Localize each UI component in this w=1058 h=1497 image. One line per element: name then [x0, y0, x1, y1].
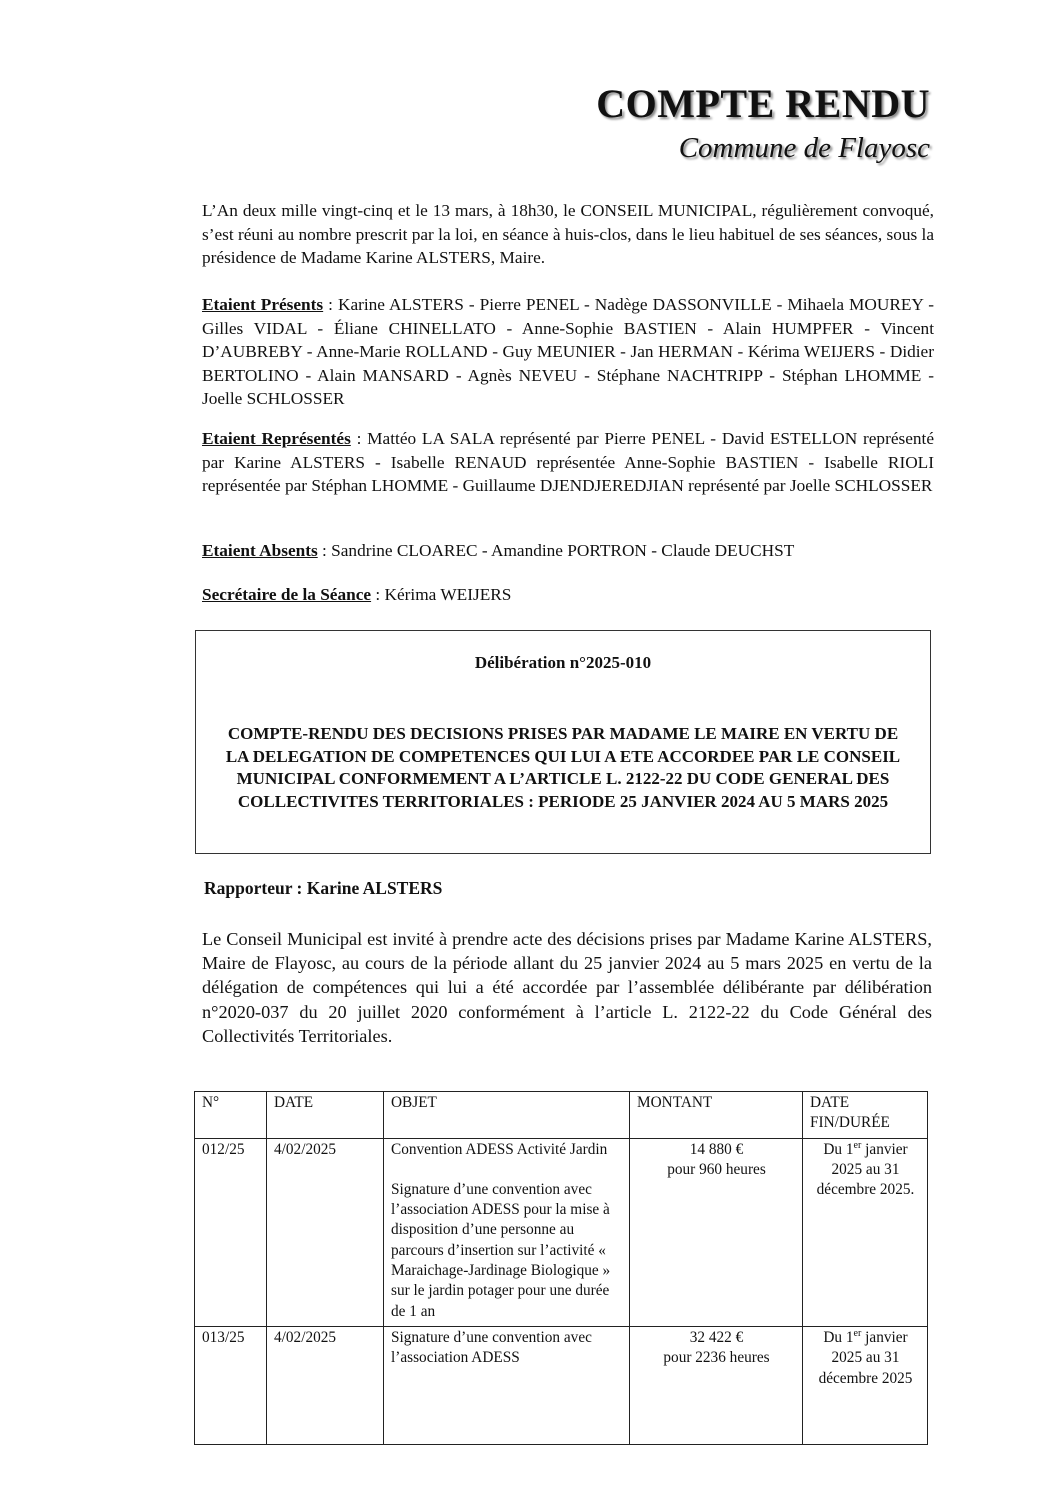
montant-detail: pour 2236 heures — [663, 1349, 769, 1366]
cell-num: 013/25 — [195, 1326, 267, 1444]
header-date-fin: DATE FIN/DURÉE — [803, 1092, 928, 1139]
secretaire-paragraph: Secrétaire de la Séance : Kérima WEIJERS — [202, 583, 934, 607]
deliberation-number: Délibération n°2025-010 — [196, 653, 930, 673]
objet-title: Convention ADESS Activité Jardin — [391, 1141, 607, 1158]
montant-detail: pour 960 heures — [667, 1161, 766, 1178]
rapporteur: Rapporteur : Karine ALSTERS — [204, 878, 442, 899]
header-montant: MONTANT — [630, 1092, 803, 1139]
cell-montant: 14 880 € pour 960 heures — [630, 1138, 803, 1326]
absents-label: Etaient Absents — [202, 541, 318, 560]
intro-paragraph: Le Conseil Municipal est invité à prendr… — [202, 927, 932, 1048]
document-header: COMPTE RENDU Commune de Flayosc — [596, 80, 930, 168]
secretaire-name: : Kérima WEIJERS — [371, 585, 511, 604]
montant-value: 14 880 € — [690, 1141, 744, 1158]
header-objet: OBJET — [384, 1092, 630, 1139]
document-title: COMPTE RENDU — [596, 80, 930, 128]
representes-label: Etaient Représentés — [202, 429, 351, 448]
cell-date-fin: Du 1er janvier 2025 au 31 décembre 2025. — [803, 1138, 928, 1326]
absents-list: : Sandrine CLOAREC - Amandine PORTRON - … — [318, 541, 795, 560]
preamble: L’An deux mille vingt-cinq et le 13 mars… — [202, 199, 934, 270]
cell-objet: Convention ADESS Activité Jardin Signatu… — [384, 1138, 630, 1326]
header-num: N° — [195, 1092, 267, 1139]
table-header-row: N° DATE OBJET MONTANT DATE FIN/DURÉE — [195, 1092, 928, 1139]
deliberation-box: Délibération n°2025-010 COMPTE-RENDU DES… — [195, 630, 931, 854]
cell-num: 012/25 — [195, 1138, 267, 1326]
cell-date: 4/02/2025 — [267, 1138, 384, 1326]
document-subtitle: Commune de Flayosc — [596, 128, 930, 168]
table-row: 012/25 4/02/2025 Convention ADESS Activi… — [195, 1138, 928, 1326]
secretaire-label: Secrétaire de la Séance — [202, 585, 371, 604]
absents-paragraph: Etaient Absents : Sandrine CLOAREC - Ama… — [202, 539, 934, 563]
presents-label: Etaient Présents — [202, 295, 323, 314]
cell-objet: Signature d’une convention avec l’associ… — [384, 1326, 630, 1444]
table-row: 013/25 4/02/2025 Signature d’une convent… — [195, 1326, 928, 1444]
presents-paragraph: Etaient Présents : Karine ALSTERS - Pier… — [202, 293, 934, 411]
fin-prefix: Du 1 — [823, 1141, 853, 1158]
cell-date-fin: Du 1er janvier 2025 au 31 décembre 2025 — [803, 1326, 928, 1444]
cell-date: 4/02/2025 — [267, 1326, 384, 1444]
representes-paragraph: Etaient Représentés : Mattéo LA SALA rep… — [202, 427, 934, 498]
cell-montant: 32 422 € pour 2236 heures — [630, 1326, 803, 1444]
header-date: DATE — [267, 1092, 384, 1139]
deliberation-subject: COMPTE-RENDU DES DECISIONS PRISES PAR MA… — [216, 723, 910, 813]
decisions-table: N° DATE OBJET MONTANT DATE FIN/DURÉE 012… — [194, 1091, 928, 1445]
objet-detail: Signature d’une convention avec l’associ… — [391, 1181, 610, 1320]
objet-title: Signature d’une convention avec l’associ… — [391, 1329, 592, 1366]
fin-prefix: Du 1 — [823, 1329, 853, 1346]
montant-value: 32 422 € — [690, 1329, 744, 1346]
